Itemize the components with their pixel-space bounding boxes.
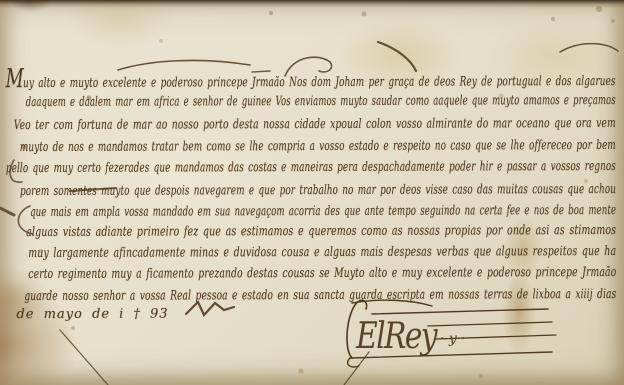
manuscript-line: alguas vistas adiante primeiro fez que a…	[26, 223, 616, 241]
manuscript-photo: Muy alto e muyto excelente e poderoso pr…	[0, 0, 624, 385]
date-line: de mayo de i † 93	[16, 307, 168, 323]
manuscript-line: porem somentes muyto que despois navegar…	[20, 182, 616, 200]
manuscript-line: muyto de nos e mandamos tratar bem como …	[20, 138, 616, 156]
manuscript-line: Veo ter com fortuna de mar ao nosso port…	[14, 116, 616, 134]
manuscript-line: daaquem e daalem mar em africa e senhor …	[26, 93, 616, 111]
manuscript-line: certo regimento muy a ficamento prezando…	[28, 265, 616, 283]
manuscript-line: Muy alto e muyto excelente e poderoso pr…	[6, 69, 616, 92]
manuscript-line: muy largamente afincadamente minas e duv…	[28, 244, 616, 262]
manuscript-line: pello que muy certo fezerades que mandam…	[6, 159, 616, 177]
manuscript-line: guarde nosso senhor a vossa Real pessoa …	[24, 287, 616, 305]
manuscript-line: que mais em ampla vossa mandado em sua n…	[30, 203, 616, 221]
manuscript-text-block: Muy alto e muyto excelente e poderoso pr…	[0, 0, 624, 385]
